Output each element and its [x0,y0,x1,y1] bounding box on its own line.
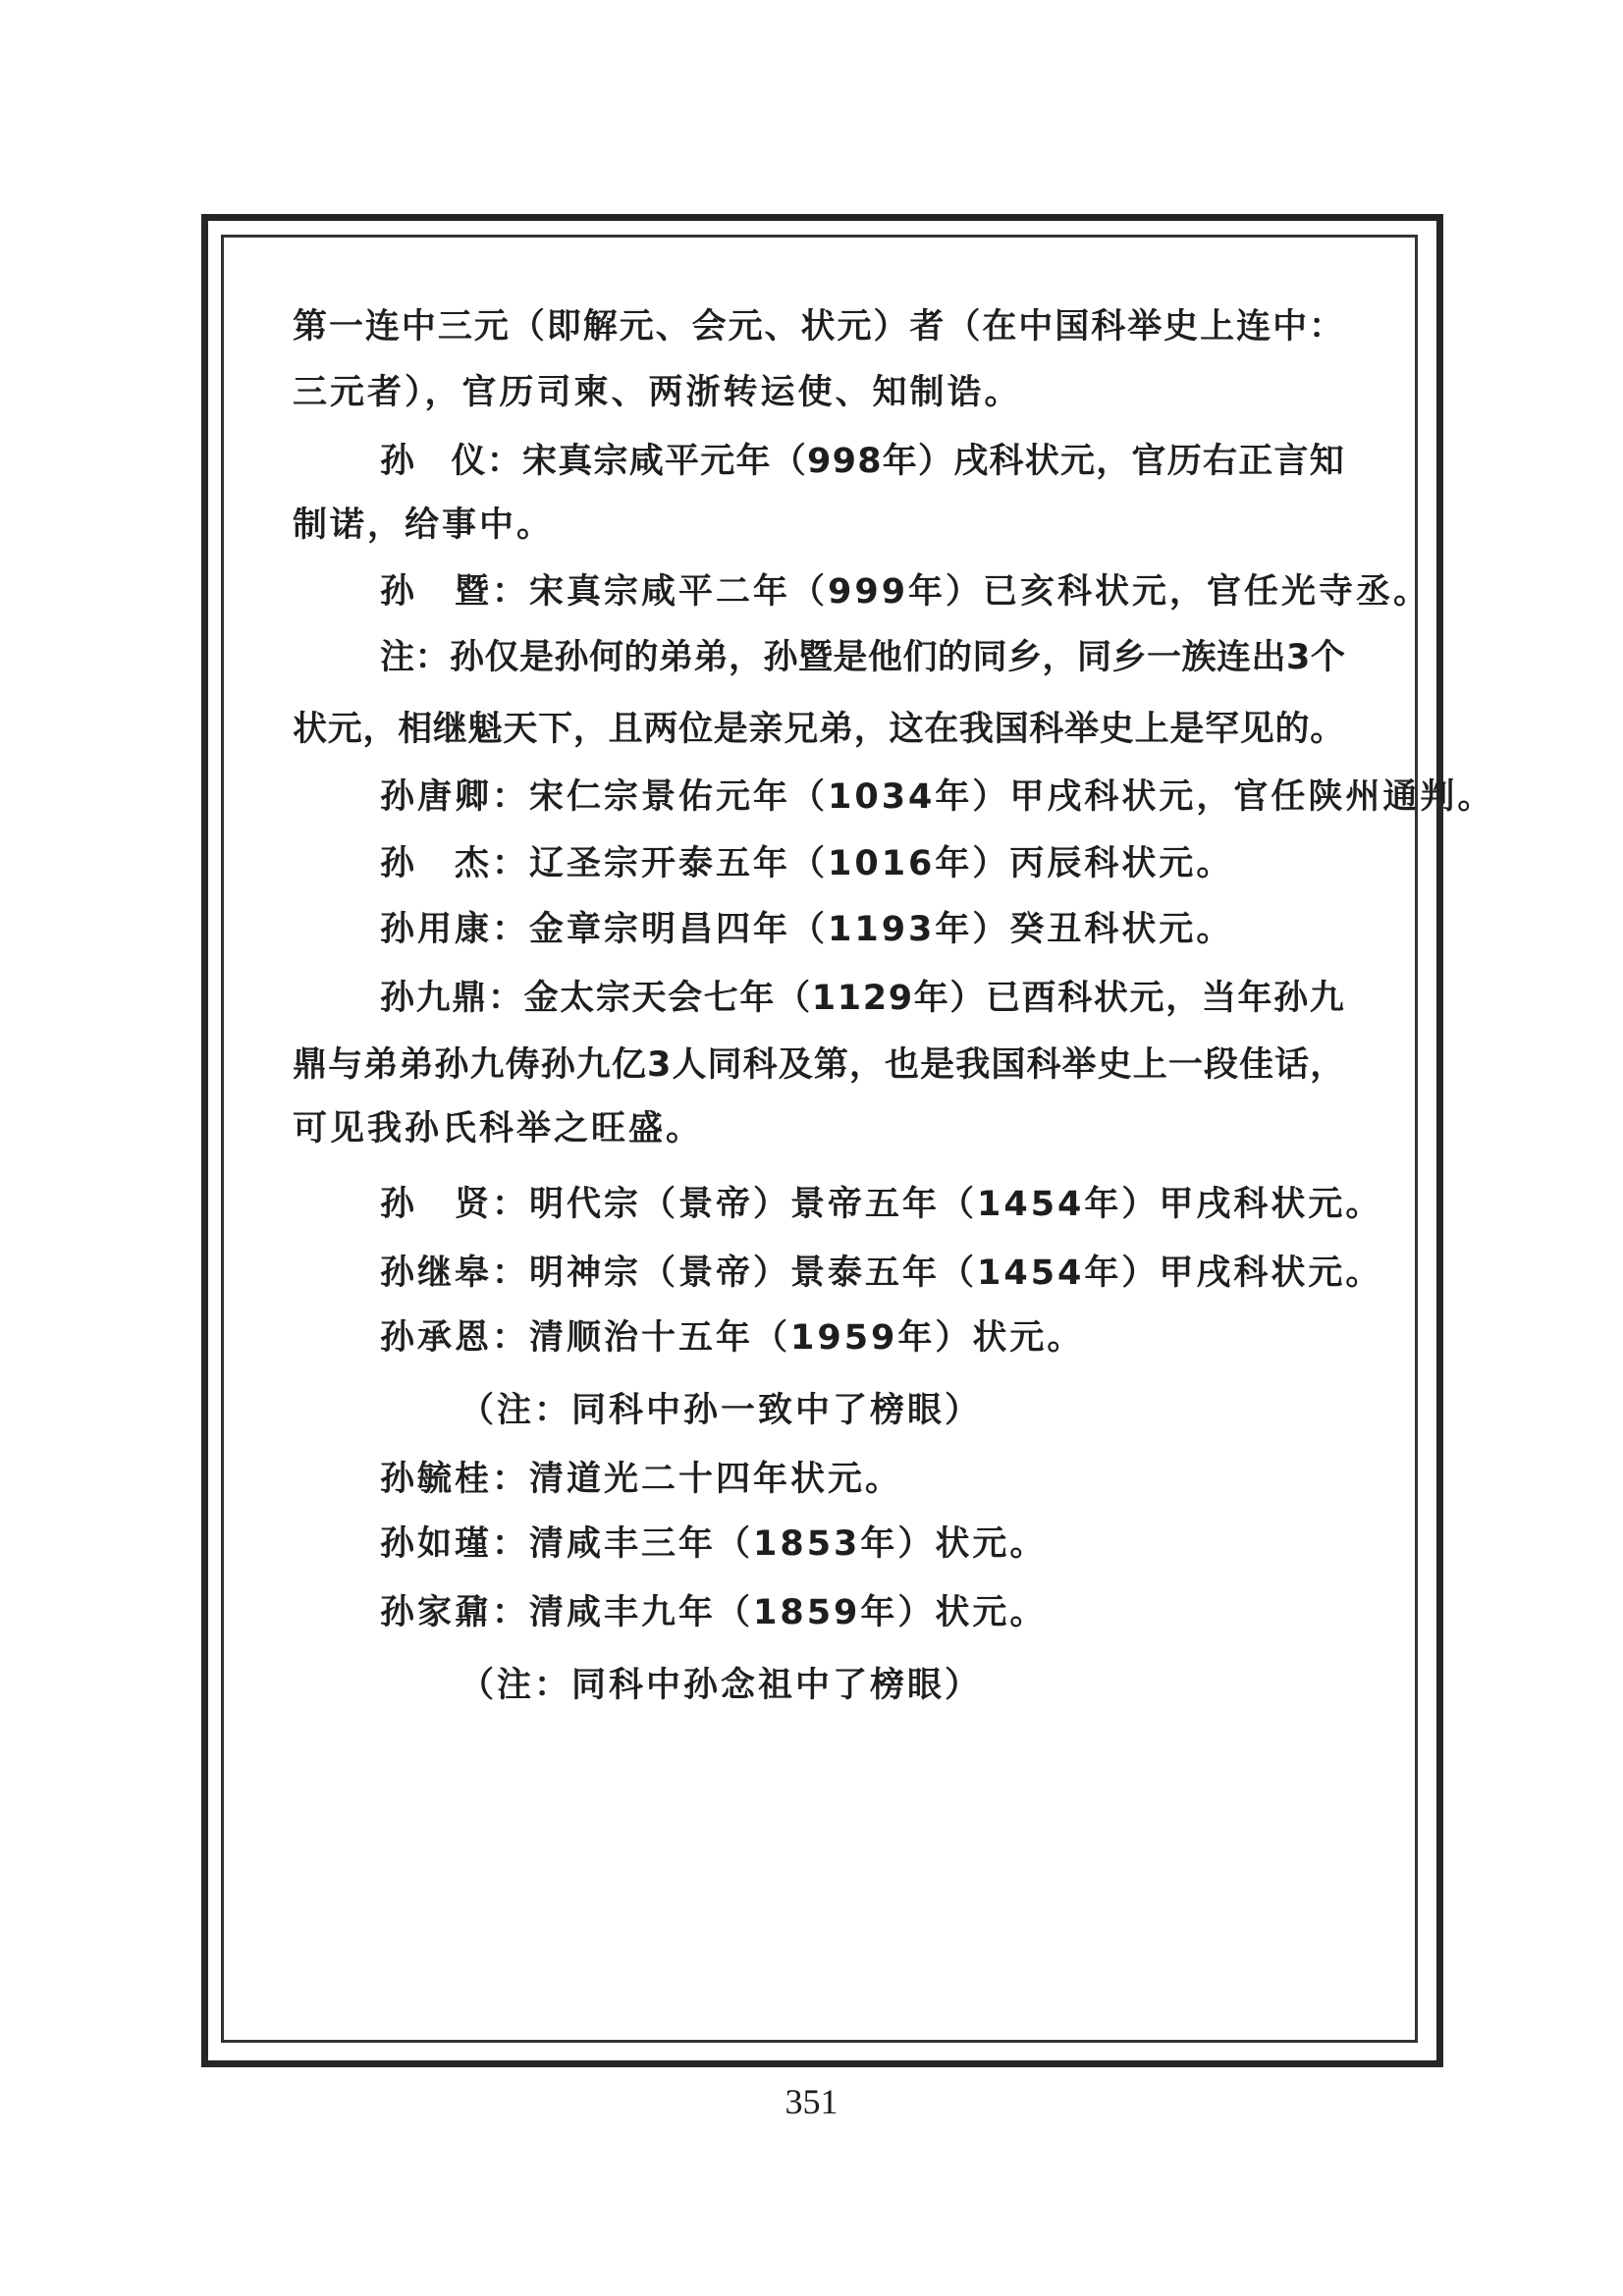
entry-sun-yongkang: 孙用康：金章宗明昌四年（1193年）癸丑科状元。 [380,905,1233,954]
text-line: 三元者），官历司柬、两浙转运使、知制诰。 [293,368,1022,417]
text-line: 第一连中三元（即解元、会元、状元）者（在中国科举史上连中： [293,302,1345,351]
entry-sun-jie: 孙 杰：辽圣宗开泰五年（1016年）丙辰科状元。 [380,839,1233,888]
entry-sun-ji: 孙 暨：宋真宗咸平二年（999年）已亥科状元，官任光寺丞。 [380,567,1431,616]
entry-sun-jigao: 孙继皋：明神宗（景帝）景泰五年（1454年）甲戌科状元。 [380,1249,1382,1298]
note-line: （注：同科中孙念祖中了榜眼） [460,1661,982,1710]
note-line: （注：同科中孙一致中了榜眼） [460,1386,982,1435]
entry-sun-yugui: 孙毓桂：清道光二十四年状元。 [380,1455,902,1504]
entry-sun-jin: 孙 仪：宋真宗咸平元年（998年）戌科状元，官历右正言知 [380,437,1345,486]
entry-sun-jiuding: 孙九鼎：金太宗天会七年（1129年）已酉科状元，当年孙九 [380,974,1345,1023]
text-line: 可见我孙氏科举之旺盛。 [293,1104,703,1153]
entry-sun-jianai: 孙家鼐：清咸丰九年（1859年）状元。 [380,1588,1047,1637]
page-number: 351 [0,2081,1623,2122]
entry-sun-tangqing: 孙唐卿：宋仁宗景佑元年（1034年）甲戌科状元，官任陕州通判。 [380,773,1494,822]
text-line: 鼎与弟弟孙九俦孙九亿3人同科及第，也是我国科举史上一段佳话， [293,1041,1345,1090]
entry-sun-chengen: 孙承恩：清顺治十五年（1959年）状元。 [380,1313,1084,1362]
text-line: 制诺，给事中。 [293,501,554,550]
entry-sun-xian: 孙 贤：明代宗（景帝）景帝五年（1454年）甲戌科状元。 [380,1180,1382,1229]
note-line: 注：孙仅是孙何的弟弟，孙暨是他们的同乡，同乡一族连出3个 [380,633,1345,682]
text-line: 状元，相继魁天下，且两位是亲兄弟，这在我国科举史上是罕见的。 [293,705,1345,754]
entry-sun-rujin: 孙如瑾：清咸丰三年（1853年）状元。 [380,1520,1047,1569]
